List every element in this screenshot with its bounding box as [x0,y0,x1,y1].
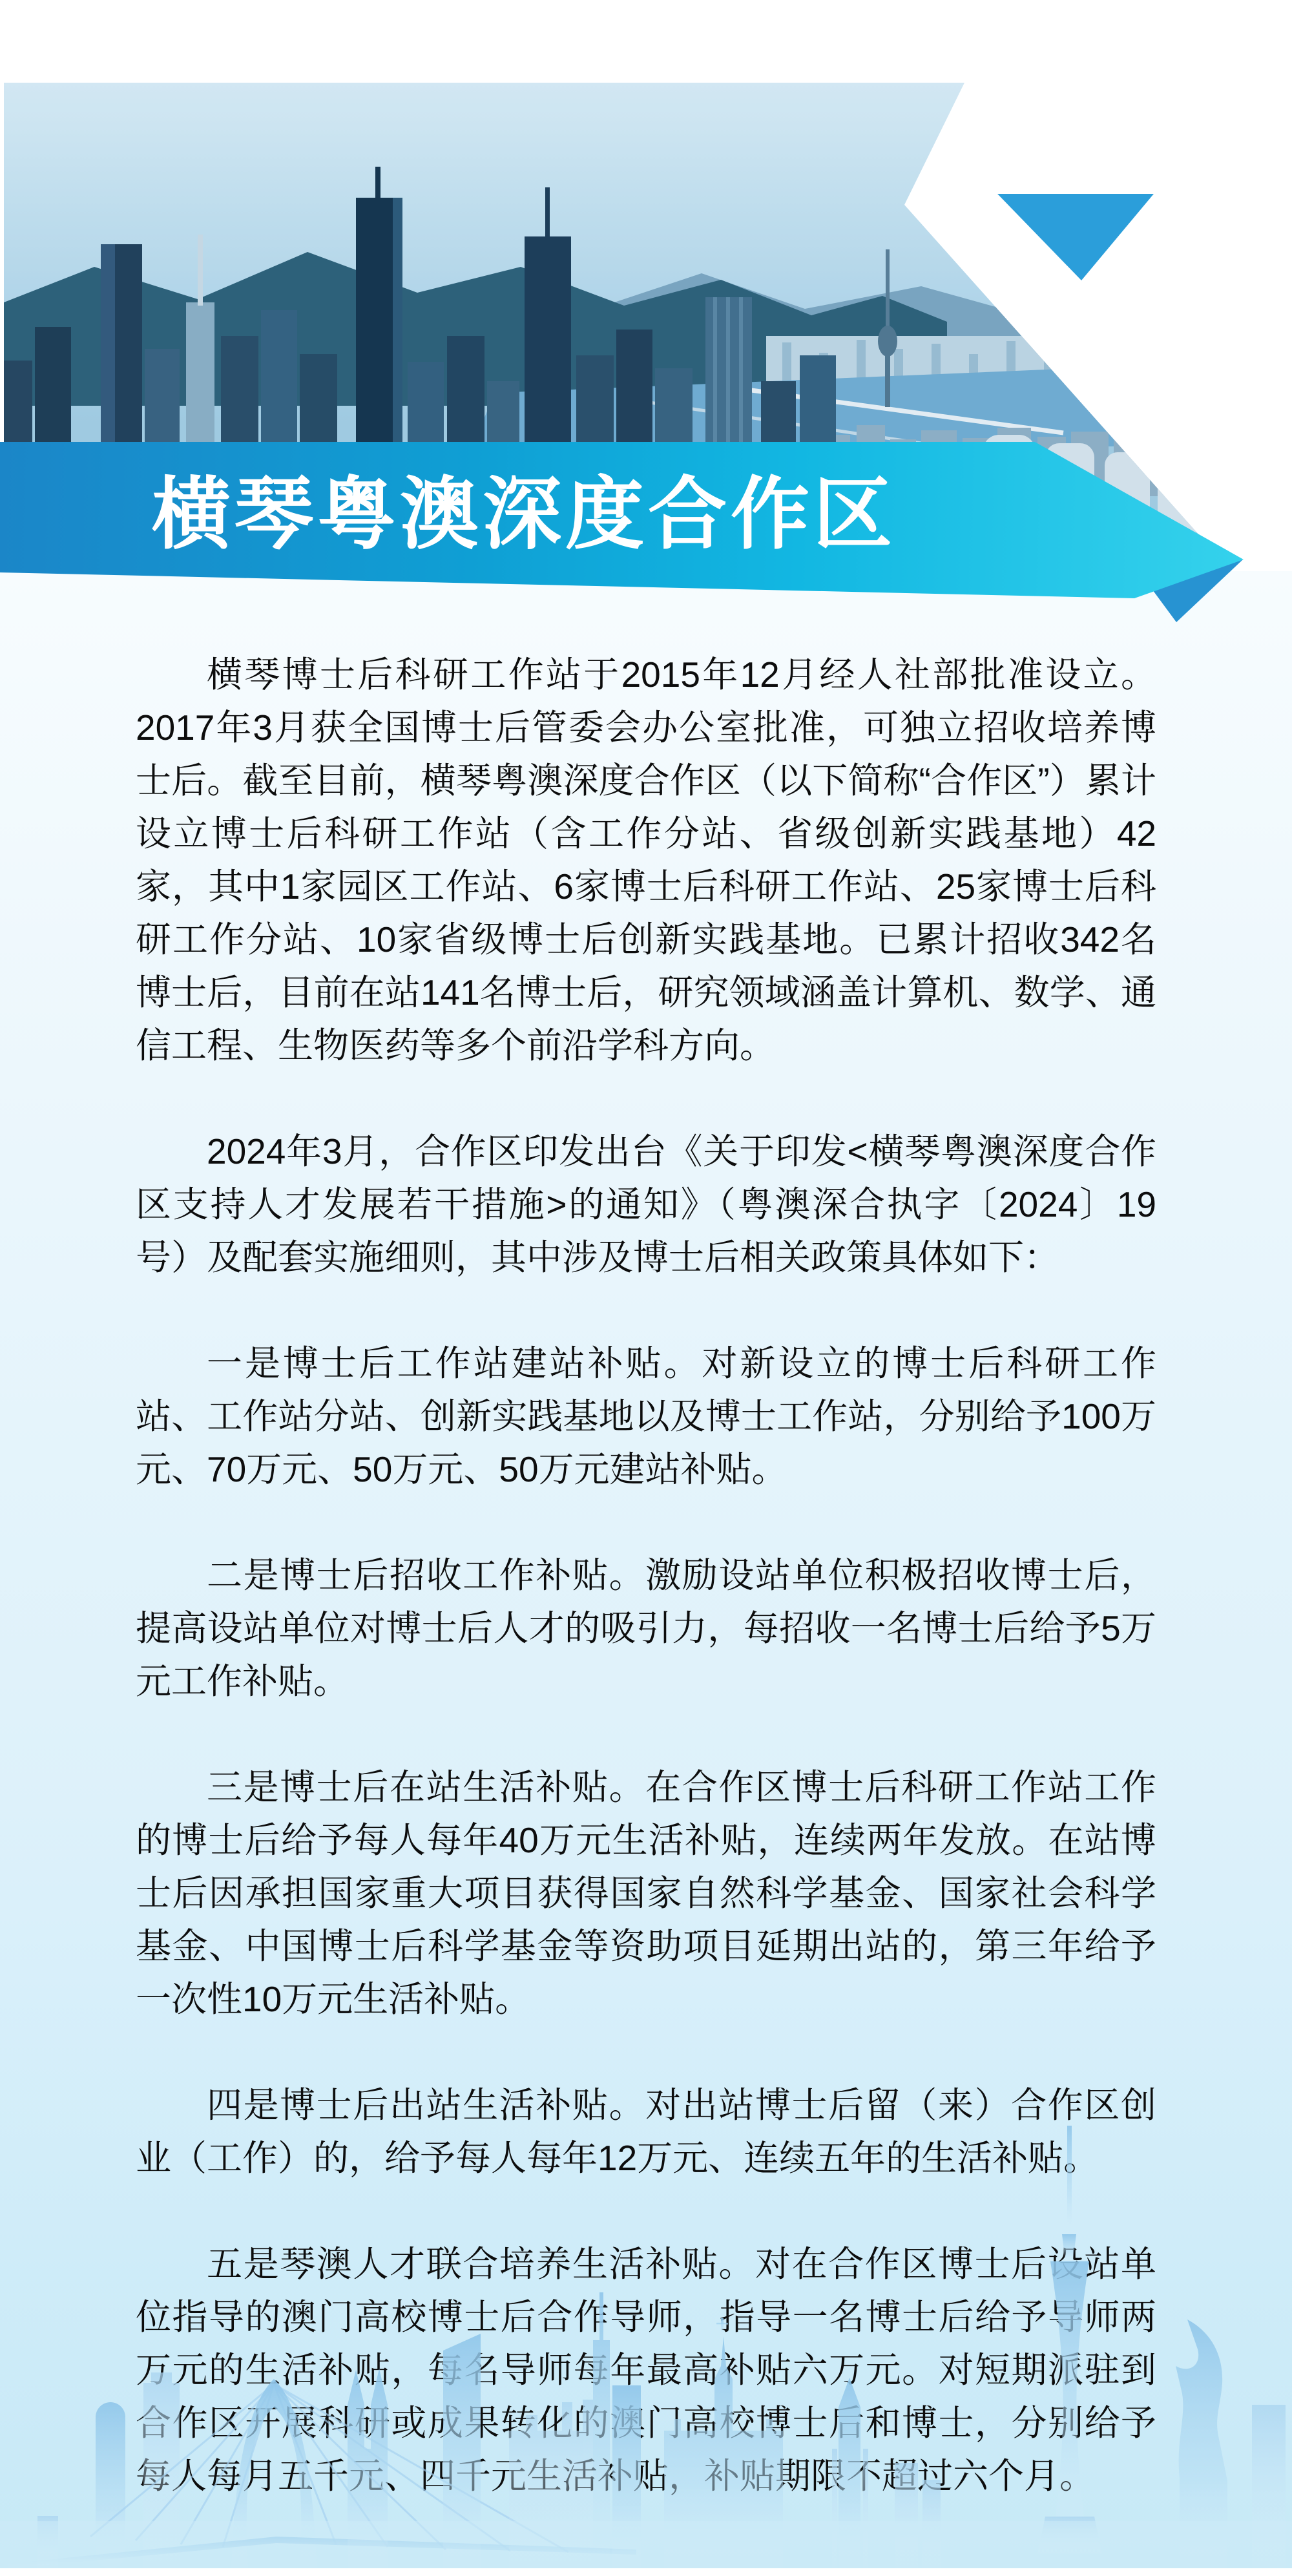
body-paragraph: 二是博士后招收工作补贴。激励设站单位积极招收博士后，提高设站单位对博士后人才的吸… [136,1549,1156,1708]
body-paragraph: 一是博士后工作站建站补贴。对新设立的博士后科研工作站、工作站分站、创新实践基地以… [136,1337,1156,1496]
body-paragraph: 三是博士后在站生活补贴。在合作区博士后科研工作站工作的博士后给予每人每年40万元… [136,1761,1156,2026]
downward-triangle-icon [997,194,1154,280]
guangzhou-skyline-silhouette [0,2126,1292,2568]
footer-wash [0,2521,1292,2568]
canton-tower-silhouette [1037,2126,1102,2554]
body-paragraph: 2024年3月，合作区印发出台《关于印发<横琴粤澳深度合作区支持人才发展若干措施… [136,1125,1156,1284]
page-title: 横琴粤澳深度合作区 [152,463,1056,566]
body-paragraph: 横琴博士后科研工作站于2015年12月经人社部批准设立。2017年3月获全国博士… [136,648,1156,1072]
poster-page: 横琴粤澳深度合作区 横琴博士后科研工作站于2015年12月经人社部批准设立。20… [0,0,1292,2576]
